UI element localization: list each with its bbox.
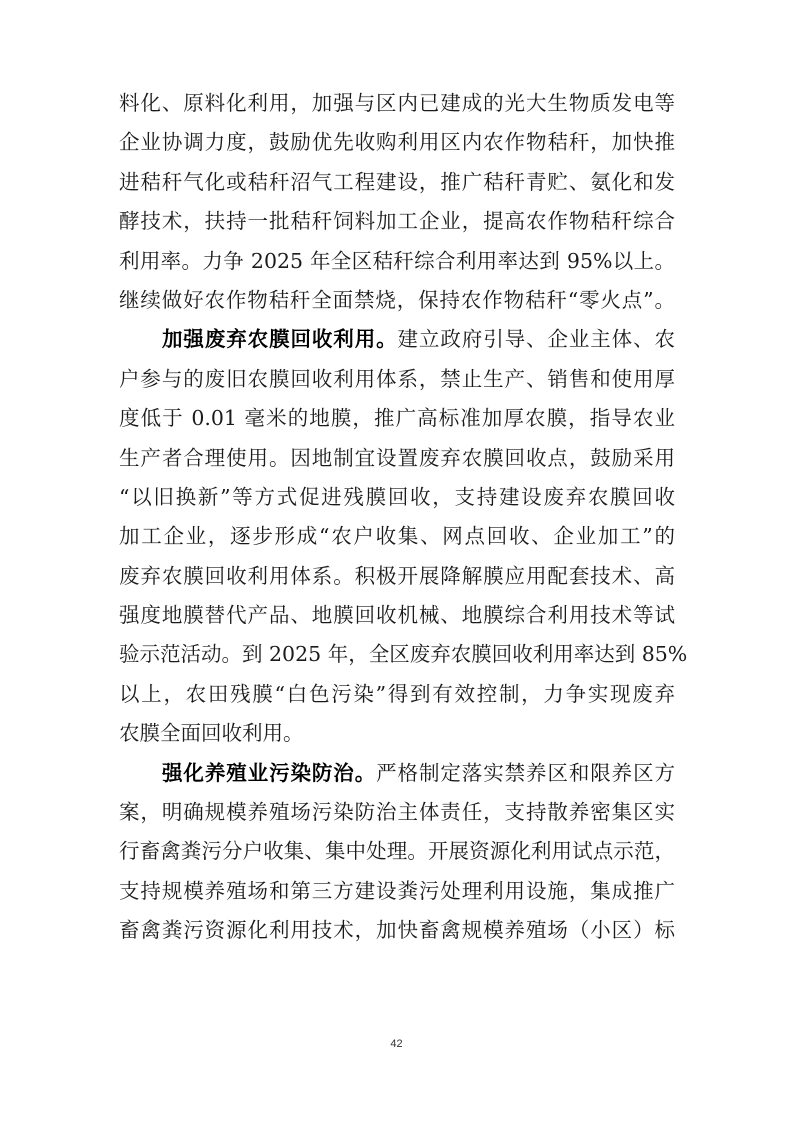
text-line: 酵技术，扶持一批秸秆饲料加工企业，提高农作物秸秆综合 (119, 202, 675, 241)
text-line: 利用率。力争 2025 年全区秸秆综合利用率达到 95%以上。 (119, 242, 675, 281)
text-line: 生产者合理使用。因地制宜设置废弃农膜回收点，鼓励采用 (119, 439, 675, 478)
text-line: 户参与的废旧农膜回收利用体系，禁止生产、销售和使用厚 (119, 360, 675, 399)
page-number: 42 (0, 1038, 793, 1050)
text-run: 建立政府引导、企业主体、农 (398, 327, 675, 351)
paragraph-first-line: 加强废弃农膜回收利用。建立政府引导、企业主体、农 (119, 320, 675, 359)
text-line: 企业协调力度，鼓励优先收购利用区内农作物秸秆，加快推 (119, 123, 675, 162)
text-line: 强度地膜替代产品、地膜回收机械、地膜综合利用技术等试 (119, 596, 675, 635)
text-line: “以旧换新”等方式促进残膜回收，支持建设废弃农膜回收 (119, 478, 675, 517)
body-text: 料化、原料化利用，加强与区内已建成的光大生物质发电等 企业协调力度，鼓励优先收购… (119, 84, 675, 951)
text-line: 加工企业，逐步形成“农户收集、网点回收、企业加工”的 (119, 517, 675, 556)
text-line: 度低于 0.01 毫米的地膜，推广高标准加厚农膜，指导农业 (119, 399, 675, 438)
paragraph-heading: 强化养殖业污染防治。 (162, 761, 376, 785)
text-run: 严格制定落实禁养区和限养区方 (376, 761, 675, 785)
text-line: 行畜禽粪污分户收集、集中处理。开展资源化利用试点示范， (119, 832, 675, 871)
text-line: 进秸秆气化或秸秆沼气工程建设，推广秸秆青贮、氨化和发 (119, 163, 675, 202)
document-page: 料化、原料化利用，加强与区内已建成的光大生物质发电等 企业协调力度，鼓励优先收购… (0, 0, 793, 1122)
text-line: 料化、原料化利用，加强与区内已建成的光大生物质发电等 (119, 84, 675, 123)
text-line: 支持规模养殖场和第三方建设粪污处理利用设施，集成推广 (119, 872, 675, 911)
text-line: 废弃农膜回收利用体系。积极开展降解膜应用配套技术、高 (119, 557, 675, 596)
paragraph-first-line: 强化养殖业污染防治。严格制定落实禁养区和限养区方 (119, 754, 675, 793)
text-line: 农膜全面回收利用。 (119, 714, 675, 753)
text-line: 验示范活动。到 2025 年，全区废弃农膜回收利用率达到 85% (119, 635, 675, 674)
text-line: 畜禽粪污资源化利用技术，加快畜禽规模养殖场（小区）标 (119, 911, 675, 950)
text-line: 继续做好农作物秸秆全面禁烧，保持农作物秸秆“零火点”。 (119, 281, 675, 320)
text-line: 以上，农田残膜“白色污染”得到有效控制，力争实现废弃 (119, 675, 675, 714)
paragraph-heading: 加强废弃农膜回收利用。 (162, 327, 398, 351)
text-line: 案，明确规模养殖场污染防治主体责任，支持散养密集区实 (119, 793, 675, 832)
